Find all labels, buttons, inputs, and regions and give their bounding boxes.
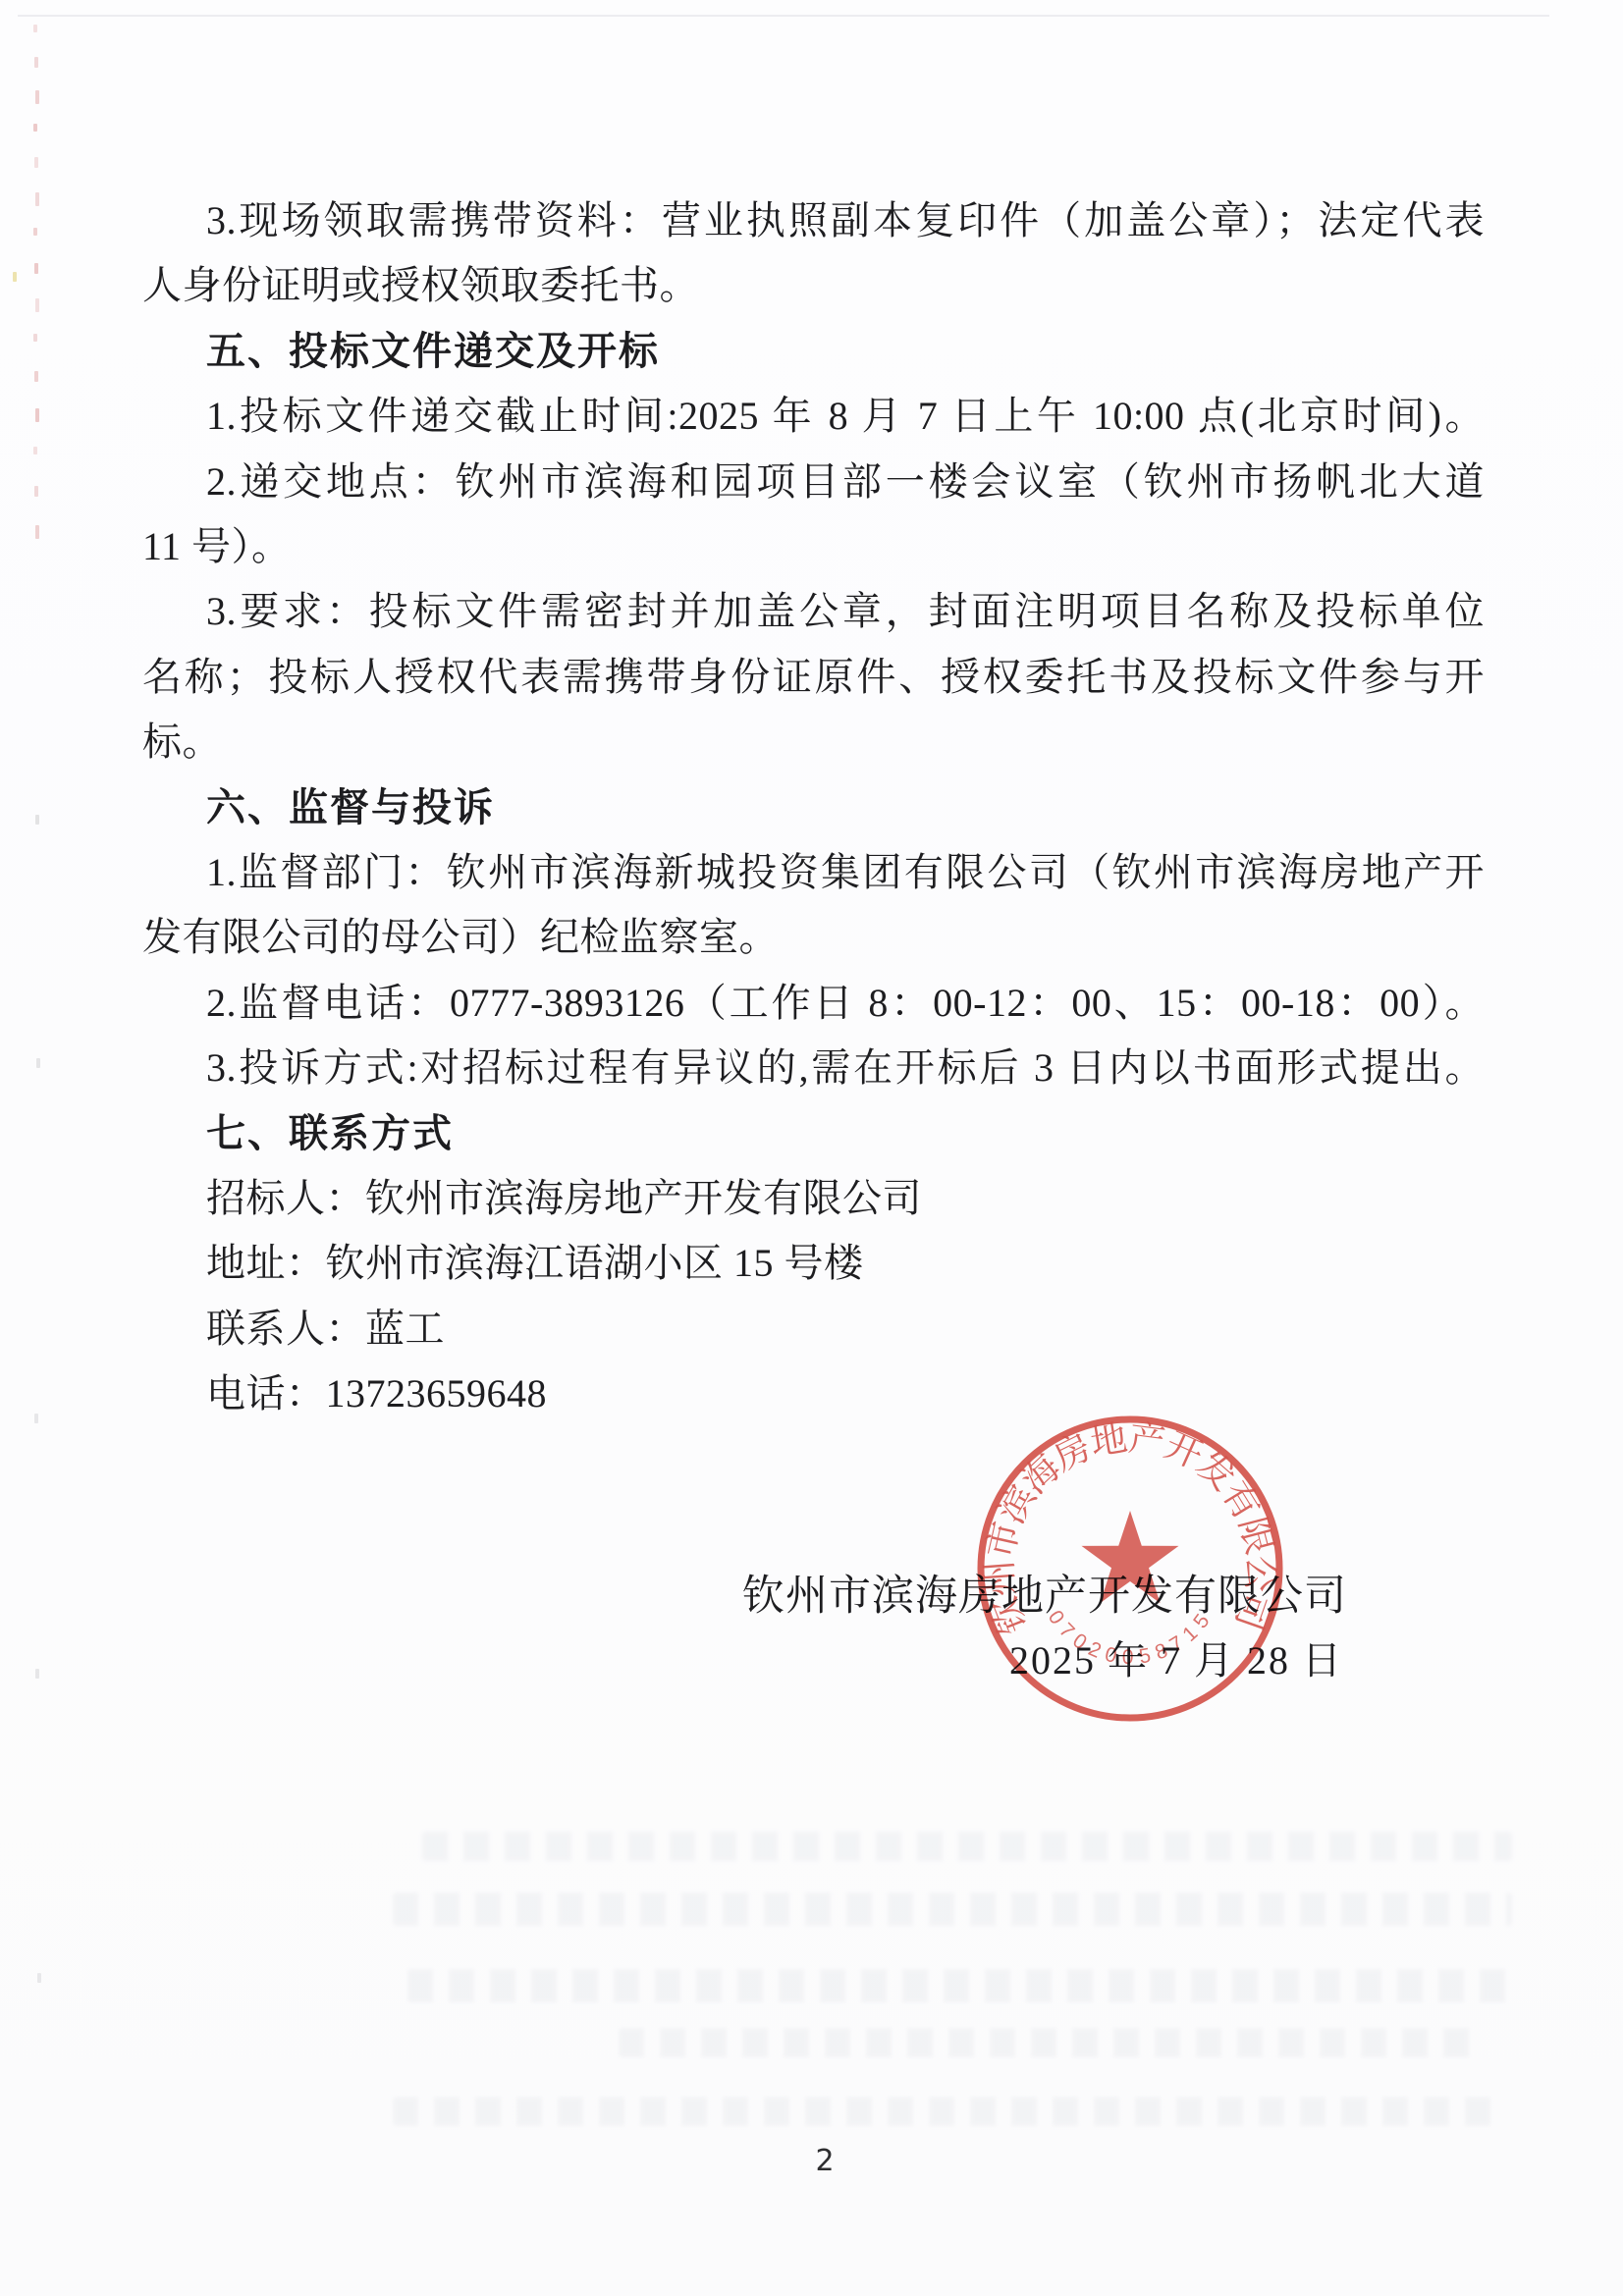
bleed-through-artifact <box>393 1893 1512 1926</box>
document-page: 3.现场领取需携带资料：营业执照副本复印件（加盖公章）；法定代表人身份证明或授权… <box>0 0 1623 2296</box>
doc-line: 地址：钦州市滨海江语湖小区 15 号楼 <box>206 1237 1485 1290</box>
scan-artifact <box>33 334 37 342</box>
scan-artifact <box>37 1973 41 1983</box>
doc-line: 2.递交地点：钦州市滨海和园项目部一楼会议室（钦州市扬帆北大道 <box>206 455 1485 508</box>
scan-artifact <box>35 90 39 104</box>
scan-artifact <box>35 815 39 825</box>
bleed-through-artifact <box>393 2097 1502 2126</box>
scan-artifact <box>35 525 39 539</box>
doc-line: 招标人：钦州市滨海房地产开发有限公司 <box>206 1172 1485 1225</box>
doc-line: 标。 <box>142 716 1485 769</box>
page-number: 2 <box>803 2144 846 2178</box>
doc-line: 名称；投标人授权代表需携带身份证原件、授权委托书及投标文件参与开 <box>142 651 1485 704</box>
seal-serial-holder: 07020058715 <box>1044 1607 1215 1669</box>
scan-artifact <box>33 124 37 132</box>
scan-artifact <box>34 1414 38 1423</box>
scan-artifact <box>35 298 39 312</box>
section-heading: 七、联系方式 <box>206 1107 1485 1160</box>
bleed-through-artifact <box>422 1832 1512 1861</box>
doc-line: 1.投标文件递交截止时间:2025 年 8 月 7 日上午 10:00 点(北京… <box>206 390 1485 443</box>
scan-artifact <box>34 371 38 382</box>
scan-edge-artifact <box>18 15 1549 17</box>
scan-artifact <box>36 1058 40 1068</box>
bleed-through-artifact <box>619 2028 1483 2057</box>
scan-artifact <box>33 228 37 236</box>
scan-artifact <box>13 272 17 282</box>
doc-line: 11 号）。 <box>142 520 1485 573</box>
scan-artifact <box>33 25 37 32</box>
section-heading: 六、监督与投诉 <box>206 781 1485 834</box>
scan-artifact <box>35 1669 39 1679</box>
doc-line: 2.监督电话：0777-3893126（工作日 8：00-12：00、15：00… <box>206 977 1485 1030</box>
doc-line: 人身份证明或授权领取委托书。 <box>142 259 1485 312</box>
scan-artifact <box>34 157 38 168</box>
doc-line: 发有限公司的母公司）纪检监察室。 <box>142 911 1485 964</box>
doc-line: 3.现场领取需携带资料：营业执照副本复印件（加盖公章）；法定代表 <box>206 194 1485 247</box>
doc-line: 联系人：蓝工 <box>206 1303 1485 1356</box>
company-seal-stamp: 钦州市滨海房地产开发有限公司 07020058715 <box>963 1402 1297 1735</box>
scan-artifact <box>34 57 38 68</box>
scan-artifact <box>33 447 37 454</box>
scan-artifact <box>34 486 38 497</box>
seal-serial-number: 07020058715 <box>1044 1607 1215 1669</box>
doc-line: 1.监督部门：钦州市滨海新城投资集团有限公司（钦州市滨海房地产开 <box>206 846 1485 899</box>
doc-line: 3.要求：投标文件需密封并加盖公章，封面注明项目名称及投标单位 <box>206 585 1485 638</box>
scan-artifact <box>35 408 39 422</box>
doc-line: 3.投诉方式:对招标过程有异议的,需在开标后 3 日内以书面形式提出。 <box>206 1041 1485 1095</box>
section-heading: 五、投标文件递交及开标 <box>206 325 1485 378</box>
scan-artifact <box>34 263 38 274</box>
bleed-through-artifact <box>407 1969 1512 2002</box>
seal-star-icon <box>1082 1511 1179 1603</box>
scan-artifact <box>35 192 39 206</box>
